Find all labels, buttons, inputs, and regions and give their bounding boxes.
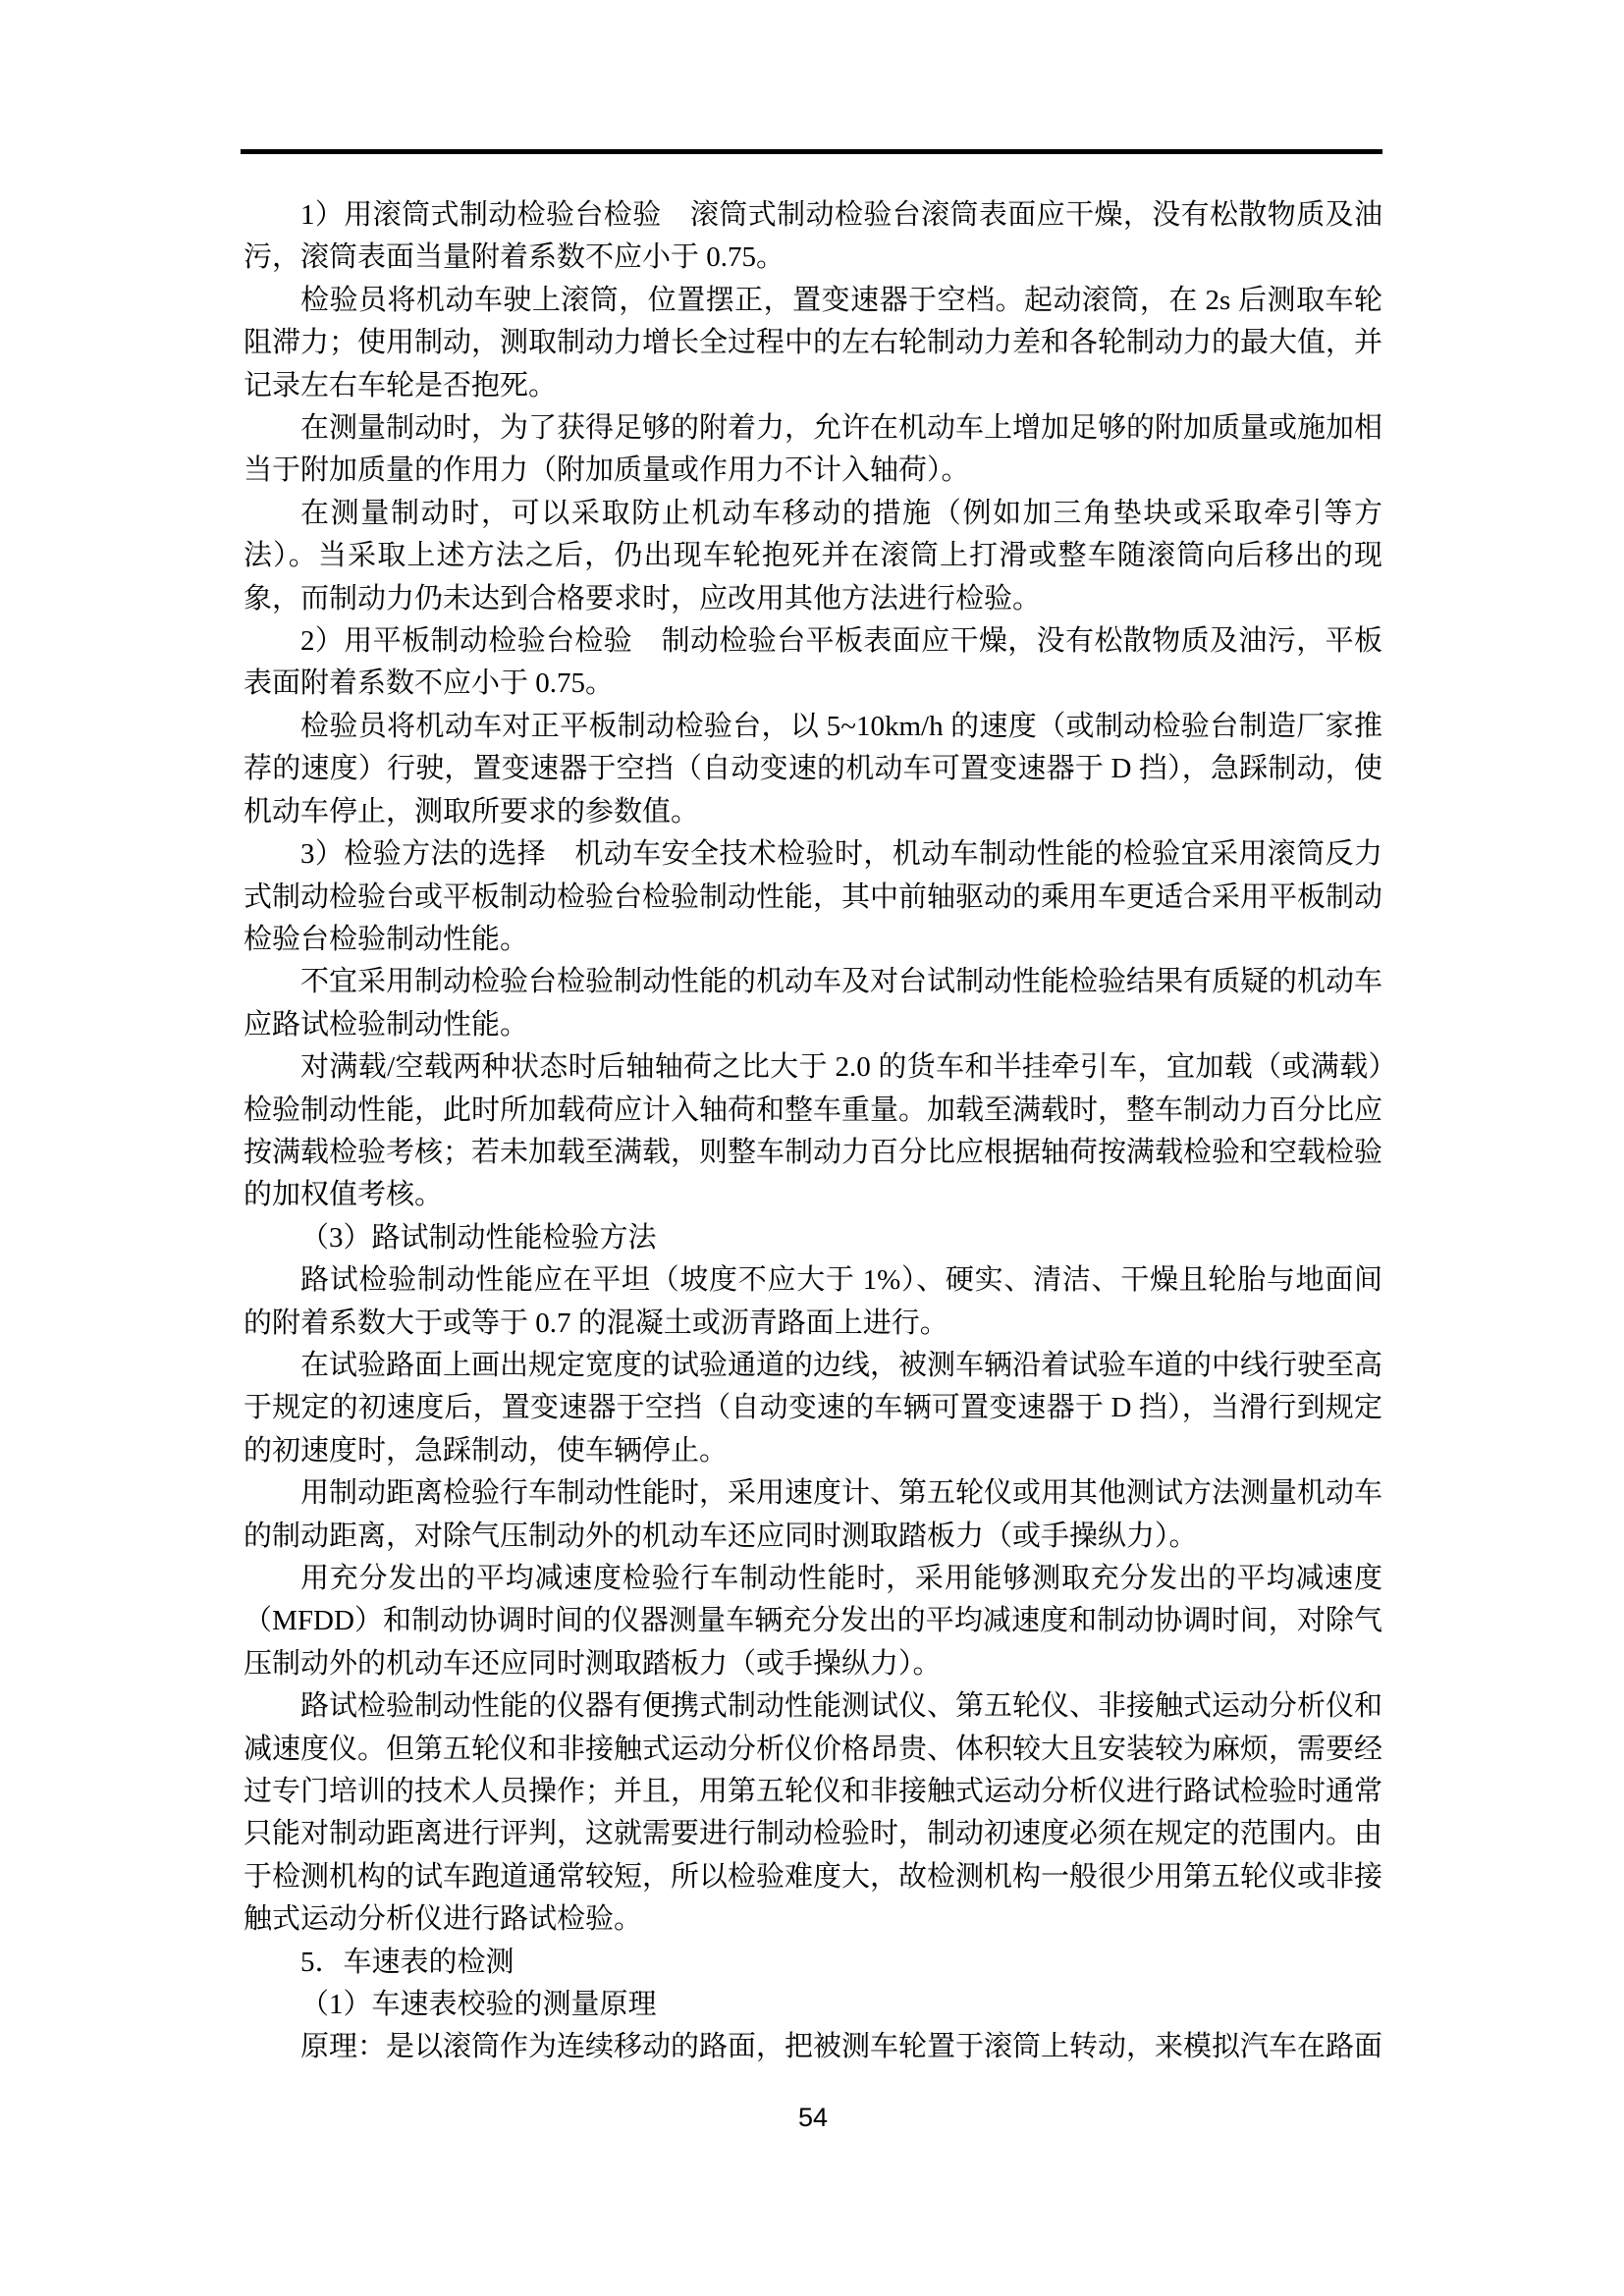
paragraph: （3）路试制动性能检验方法: [244, 1217, 1382, 1259]
paragraph: 在试验路面上画出规定宽度的试验通道的边线，被测车辆沿着试验车道的中线行驶至高于规…: [244, 1345, 1382, 1472]
paragraph: 路试检验制动性能的仪器有便携式制动性能测试仪、第五轮仪、非接触式运动分析仪和减速…: [244, 1685, 1382, 1941]
document-body: 1）用滚筒式制动检验台检验 滚筒式制动检验台滚筒表面应干燥，没有松散物质及油污，…: [244, 194, 1382, 2069]
document-page: 1）用滚筒式制动检验台检验 滚筒式制动检验台滚筒表面应干燥，没有松散物质及油污，…: [0, 0, 1624, 2296]
paragraph: 不宜采用制动检验台检验制动性能的机动车及对台试制动性能检验结果有质疑的机动车应路…: [244, 961, 1382, 1046]
paragraph: 在测量制动时，为了获得足够的附着力，允许在机动车上增加足够的附加质量或施加相当于…: [244, 407, 1382, 493]
paragraph: 检验员将机动车对正平板制动检验台，以 5~10km/h 的速度（或制动检验台制造…: [244, 706, 1382, 833]
paragraph: （1）车速表校验的测量原理: [244, 1984, 1382, 2026]
paragraph: 用制动距离检验行车制动性能时，采用速度计、第五轮仪或用其他测试方法测量机动车的制…: [244, 1472, 1382, 1558]
page-number: 54: [244, 2103, 1382, 2132]
paragraph: 5．车速表的检测: [244, 1942, 1382, 1984]
paragraph: 用充分发出的平均减速度检验行车制动性能时，采用能够测取充分发出的平均减速度（MF…: [244, 1558, 1382, 1685]
paragraph: 2）用平板制动检验台检验 制动检验台平板表面应干燥，没有松散物质及油污，平板表面…: [244, 620, 1382, 706]
paragraph: 在测量制动时，可以采取防止机动车移动的措施（例如加三角垫块或采取牵引等方法）。当…: [244, 493, 1382, 620]
paragraph: 路试检验制动性能应在平坦（坡度不应大于 1%）、硬实、清洁、干燥且轮胎与地面间的…: [244, 1259, 1382, 1345]
paragraph: 检验员将机动车驶上滚筒，位置摆正，置变速器于空档。起动滚筒，在 2s 后测取车轮…: [244, 280, 1382, 407]
paragraph: 3）检验方法的选择 机动车安全技术检验时，机动车制动性能的检验宜采用滚筒反力式制…: [244, 833, 1382, 961]
paragraph: 原理：是以滚筒作为连续移动的路面，把被测车轮置于滚筒上转动，来模拟汽车在路面: [244, 2026, 1382, 2068]
header-rule: [241, 149, 1382, 154]
paragraph: 1）用滚筒式制动检验台检验 滚筒式制动检验台滚筒表面应干燥，没有松散物质及油污，…: [244, 194, 1382, 280]
paragraph: 对满载/空载两种状态时后轴轴荷之比大于 2.0 的货车和半挂牵引车，宜加载（或满…: [244, 1046, 1382, 1217]
